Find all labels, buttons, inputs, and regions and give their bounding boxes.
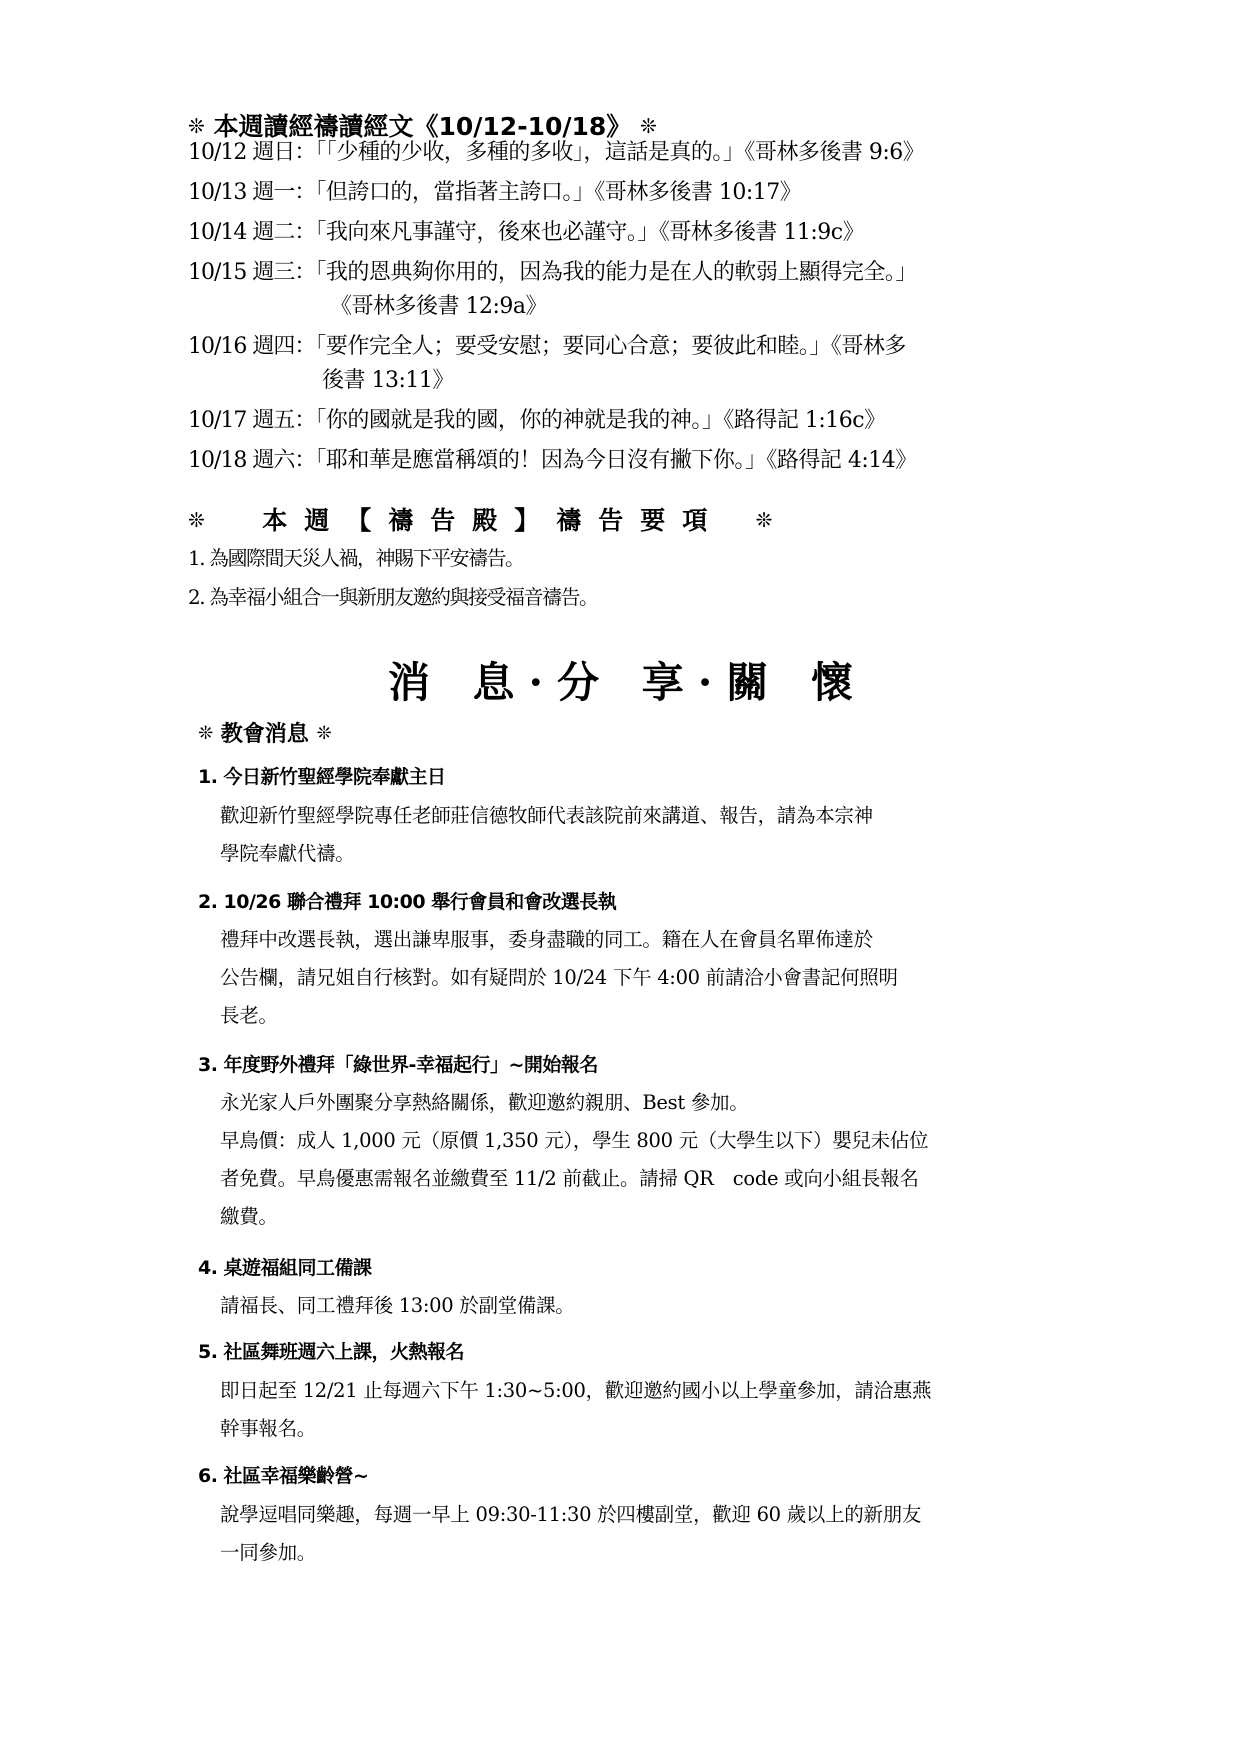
news-item-title: 6. 社區幸福樂齡營~: [198, 1461, 368, 1491]
news-item-body: 說學逗唱同樂趣，每週一早上 09:30-11:30 於四樓副堂，歡迎 60 歲以…: [220, 1496, 1020, 1572]
news-item-line: 幹事報名。: [220, 1410, 1020, 1448]
prayer-item: 1. 為國際間天災人禍，神賜下平安禱告。: [188, 543, 523, 573]
prayer-heading: ❊ 本週【禱告殿】禱告要項 ❊: [188, 504, 772, 537]
reading-text: 「要作完全人；要受安慰；要同心合意；要彼此和睦。」《哥林多: [315, 334, 906, 359]
prayer-item: 2. 為幸福小組合一與新朋友邀約與接受福音禱告。: [188, 582, 597, 612]
news-item-body: 歡迎新竹聖經學院專任老師莊信德牧師代表該院前來講道、報告，請為本宗神 學院奉獻代…: [220, 797, 1020, 873]
news-item-line: 繳費。: [220, 1198, 1020, 1236]
reading-date: 10/15 週三：: [188, 260, 315, 285]
reading-text: 「我的恩典夠你用的，因為我的能力是在人的軟弱上顯得完全。」: [315, 260, 917, 285]
news-item-line: 早鳥價：成人 1,000 元（原價 1,350 元），學生 800 元（大學生以…: [220, 1122, 1020, 1160]
news-item-body: 即日起至 12/21 止每週六下午 1:30~5:00，歡迎邀約國小以上學童參加…: [220, 1372, 1020, 1448]
news-item-title: 3. 年度野外禮拜「綠世界-幸福起行」~開始報名: [198, 1050, 598, 1080]
news-item-body: 永光家人戶外團聚分享熱絡關係，歡迎邀約親朋、Best 參加。 早鳥價：成人 1,…: [220, 1084, 1020, 1236]
news-item-title: 5. 社區舞班週六上課，火熱報名: [198, 1337, 464, 1367]
reading-text: 「你的國就是我的國，你的神就是我的神。」《路得記 1:16c》: [315, 408, 885, 433]
news-heading-text: 教會消息: [221, 722, 309, 747]
news-item-line: 一同參加。: [220, 1534, 1020, 1572]
news-item-body: 禮拜中改選長執，選出謙卑服事，委身盡職的同工。籍在人在會員名單佈達於 公告欄，請…: [220, 921, 1020, 1035]
flower-asterisk-icon: ❊: [756, 508, 773, 532]
reading-entry: 10/15 週三：「我的恩典夠你用的，因為我的能力是在人的軟弱上顯得完全。」 《…: [188, 256, 917, 324]
reading-date: 10/14 週二：: [188, 220, 315, 245]
reading-entry: 10/12 週日：「「少種的少收，多種的多收」，這話是真的。」《哥林多後書 9:…: [188, 136, 924, 170]
reading-text-continued: 後書 13:11》: [188, 364, 906, 398]
flower-asterisk-icon: ❊: [188, 508, 205, 532]
news-item-line: 公告欄，請兄姐自行核對。如有疑問於 10/24 下午 4:00 前請洽小會書記何…: [220, 959, 1020, 997]
reading-text: 「我向來凡事謹守，後來也必謹守。」《哥林多後書 11:9c》: [315, 220, 864, 245]
news-item-line: 長老。: [220, 997, 1020, 1035]
page-title: 消 息·分 享·關 懷: [0, 655, 1241, 711]
reading-text: 「但誇口的，當指著主誇口。」《哥林多後書 10:17》: [315, 180, 801, 205]
reading-text: 「「少種的少收，多種的多收」，這話是真的。」《哥林多後書 9:6》: [315, 140, 924, 165]
bulletin-page: ❊ 本週讀經禱讀經文《10/12-10/18》 ❊ 10/12 週日：「「少種的…: [0, 0, 1241, 1755]
reading-entry: 10/14 週二：「我向來凡事謹守，後來也必謹守。」《哥林多後書 11:9c》: [188, 216, 864, 250]
prayer-heading-text: 本週【禱告殿】禱告要項: [262, 506, 724, 535]
flower-asterisk-icon: ❊: [188, 114, 205, 138]
reading-date: 10/17 週五：: [188, 408, 315, 433]
news-item-title: 4. 桌遊福組同工備課: [198, 1253, 372, 1283]
reading-text-continued: 《哥林多後書 12:9a》: [188, 290, 917, 324]
news-item-line: 請福長、同工禮拜後 13:00 於副堂備課。: [220, 1287, 1020, 1325]
reading-entry: 10/13 週一：「但誇口的，當指著主誇口。」《哥林多後書 10:17》: [188, 176, 801, 210]
reading-date: 10/18 週六：: [188, 448, 315, 473]
news-item-title: 2. 10/26 聯合禮拜 10:00 舉行會員和會改選長執: [198, 887, 616, 917]
reading-date: 10/16 週四：: [188, 334, 315, 359]
news-item-line: 即日起至 12/21 止每週六下午 1:30~5:00，歡迎邀約國小以上學童參加…: [220, 1372, 1020, 1410]
reading-text: 「耶和華是應當稱頌的！因為今日沒有撇下你。」《路得記 4:14》: [315, 448, 916, 473]
flower-asterisk-icon: ❊: [316, 723, 331, 744]
reading-date: 10/12 週日：: [188, 140, 315, 165]
reading-entry: 10/16 週四：「要作完全人；要受安慰；要同心合意；要彼此和睦。」《哥林多 後…: [188, 330, 906, 398]
flower-asterisk-icon: ❊: [640, 114, 657, 138]
flower-asterisk-icon: ❊: [198, 723, 213, 744]
news-item-body: 請福長、同工禮拜後 13:00 於副堂備課。: [220, 1287, 1020, 1325]
news-item-title: 1. 今日新竹聖經學院奉獻主日: [198, 762, 446, 792]
news-item-line: 永光家人戶外團聚分享熱絡關係，歡迎邀約親朋、Best 參加。: [220, 1084, 1020, 1122]
reading-entry: 10/17 週五：「你的國就是我的國，你的神就是我的神。」《路得記 1:16c》: [188, 404, 886, 438]
news-item-line: 學院奉獻代禱。: [220, 835, 1020, 873]
news-item-line: 禮拜中改選長執，選出謙卑服事，委身盡職的同工。籍在人在會員名單佈達於: [220, 921, 1020, 959]
news-heading: ❊ 教會消息 ❊: [198, 719, 332, 750]
news-item-line: 說學逗唱同樂趣，每週一早上 09:30-11:30 於四樓副堂，歡迎 60 歲以…: [220, 1496, 1020, 1534]
news-item-line: 者免費。早鳥優惠需報名並繳費至 11/2 前截止。請掃 QR code 或向小組…: [220, 1160, 1020, 1198]
reading-entry: 10/18 週六：「耶和華是應當稱頌的！因為今日沒有撇下你。」《路得記 4:14…: [188, 444, 917, 478]
reading-date: 10/13 週一：: [188, 180, 315, 205]
news-item-line: 歡迎新竹聖經學院專任老師莊信德牧師代表該院前來講道、報告，請為本宗神: [220, 797, 1020, 835]
